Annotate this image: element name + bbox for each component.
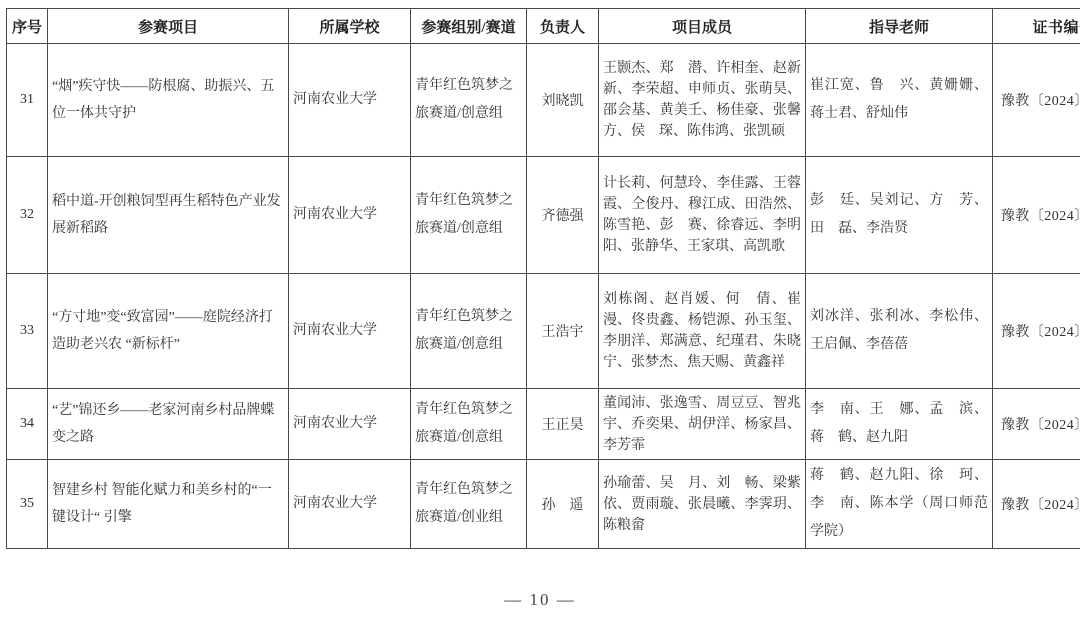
cell-no: 33 [7,274,48,389]
cell-track: 青年红色筑梦之旅赛道/创意组 [411,389,527,460]
cell-track: 青年红色筑梦之旅赛道/创业组 [411,460,527,549]
cell-advisors: 彭 廷、吴刘记、方 芳、田 磊、李浩贤 [806,157,993,274]
cell-no: 32 [7,157,48,274]
page-number: — 10 — [0,590,1080,610]
column-header-no: 序号 [7,9,48,44]
cell-advisors: 蒋 鹤、赵九阳、徐 珂、李 南、陈本学（周口师范学院） [806,460,993,549]
cell-project: “艺”锦还乡——老家河南乡村品牌蝶变之路 [48,389,289,460]
cell-advisors: 崔江宽、鲁 兴、黄姗姗、蒋士君、舒灿伟 [806,44,993,157]
cell-members: 计长莉、何慧玲、李佳露、王蓉霞、仝俊丹、穆江成、田浩然、陈雪艳、彭 赛、徐睿远、… [599,157,806,274]
cell-school: 河南农业大学 [289,44,411,157]
cell-project: 稻中道-开创粮饲型再生稻特色产业发展新稻路 [48,157,289,274]
cell-project: 智建乡村 智能化赋力和美乡村的“一键设计“ 引擎 [48,460,289,549]
column-header-project: 参赛项目 [48,9,289,44]
cell-members: 刘栋阁、赵肖媛、何 倩、崔 漫、佟贵鑫、杨铠源、孙玉玺、李朋洋、郑满意、纪瑾君、… [599,274,806,389]
cell-cert: 豫教〔2024〕22980 [993,274,1080,389]
results-table: 序号参赛项目所属学校参赛组别/赛道负责人项目成员指导老师证书编号 31“烟”疾守… [6,8,1080,549]
cell-no: 31 [7,44,48,157]
cell-leader: 刘晓凯 [527,44,599,157]
cell-no: 35 [7,460,48,549]
cell-track: 青年红色筑梦之旅赛道/创意组 [411,274,527,389]
table-row: 32稻中道-开创粮饲型再生稻特色产业发展新稻路河南农业大学青年红色筑梦之旅赛道/… [7,157,1080,274]
cell-advisors: 刘冰洋、张利冰、李松伟、王启佩、李蓓蓓 [806,274,993,389]
cell-project: “烟”疾守快——防根腐、助振兴、五位一体共守护 [48,44,289,157]
cell-track: 青年红色筑梦之旅赛道/创意组 [411,44,527,157]
cell-leader: 王正昊 [527,389,599,460]
table-row: 33“方寸地”变“致富园”——庭院经济打造助老兴农 “新标杆”河南农业大学青年红… [7,274,1080,389]
table-header-row: 序号参赛项目所属学校参赛组别/赛道负责人项目成员指导老师证书编号 [7,9,1080,44]
document-page: 序号参赛项目所属学校参赛组别/赛道负责人项目成员指导老师证书编号 31“烟”疾守… [0,0,1080,629]
cell-school: 河南农业大学 [289,274,411,389]
cell-school: 河南农业大学 [289,157,411,274]
cell-members: 孙瑜蕾、吴 月、刘 畅、梁紫依、贾雨璇、张晨曦、李霁玥、陈粮畲 [599,460,806,549]
column-header-leader: 负责人 [527,9,599,44]
cell-track: 青年红色筑梦之旅赛道/创意组 [411,157,527,274]
cell-members: 董闻沛、张逸雪、周豆豆、智兆宇、乔奕果、胡伊洋、杨家昌、李芳霏 [599,389,806,460]
cell-no: 34 [7,389,48,460]
column-header-school: 所属学校 [289,9,411,44]
cell-cert: 豫教〔2024〕22982 [993,460,1080,549]
cell-project: “方寸地”变“致富园”——庭院经济打造助老兴农 “新标杆” [48,274,289,389]
table-row: 34“艺”锦还乡——老家河南乡村品牌蝶变之路河南农业大学青年红色筑梦之旅赛道/创… [7,389,1080,460]
cell-leader: 孙 遥 [527,460,599,549]
column-header-members: 项目成员 [599,9,806,44]
column-header-cert: 证书编号 [993,9,1080,44]
cell-cert: 豫教〔2024〕22979 [993,157,1080,274]
cell-cert: 豫教〔2024〕22981 [993,389,1080,460]
cell-advisors: 李 南、王 娜、孟 滨、蒋 鹤、赵九阳 [806,389,993,460]
cell-school: 河南农业大学 [289,389,411,460]
column-header-advisors: 指导老师 [806,9,993,44]
cell-leader: 齐德强 [527,157,599,274]
column-header-track: 参赛组别/赛道 [411,9,527,44]
table-row: 35智建乡村 智能化赋力和美乡村的“一键设计“ 引擎河南农业大学青年红色筑梦之旅… [7,460,1080,549]
cell-school: 河南农业大学 [289,460,411,549]
cell-members: 王颢杰、郑 潜、许相奎、赵新新、李荣超、申师贞、张萌昊、邵会基、黄美壬、杨佳豪、… [599,44,806,157]
table-row: 31“烟”疾守快——防根腐、助振兴、五位一体共守护河南农业大学青年红色筑梦之旅赛… [7,44,1080,157]
cell-leader: 王浩宇 [527,274,599,389]
cell-cert: 豫教〔2024〕22978 [993,44,1080,157]
